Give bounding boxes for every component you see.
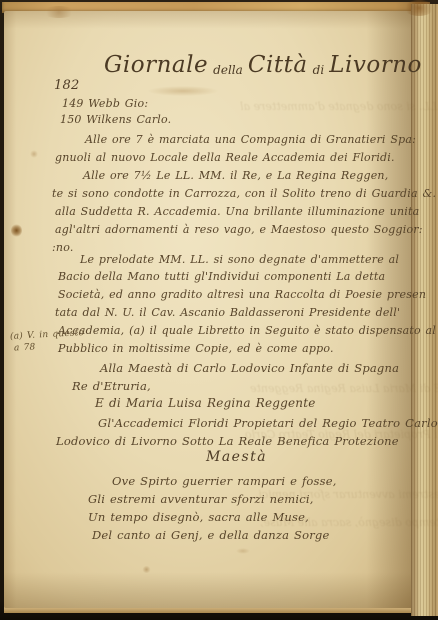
manuscript-photo: Le prelodate MM. LL. si sono degnate d'a… — [0, 0, 438, 620]
title-word: Livorno — [329, 52, 422, 78]
section-heading-maesta: Maestà — [206, 449, 267, 465]
manuscript-line: tata dal N. U. il Cav. Ascanio Baldasser… — [55, 306, 400, 319]
register-entry: 149 Webb Gio: — [62, 97, 148, 110]
dedication-line: Gl'Accademici Floridi Propietari del Reg… — [98, 416, 438, 430]
title-word: di — [313, 63, 325, 77]
manuscript-line: Accademia, (a) il quale Libretto in Segu… — [58, 324, 436, 337]
manuscript-line: Società, ed anno gradito altresì una Rac… — [58, 288, 426, 301]
manuscript-line: Bacio della Mano tutti gl'Individui comp… — [58, 270, 385, 283]
register-entry: 150 Wilkens Carlo. — [60, 113, 171, 126]
poem-line: Ove Spirto guerrier rampari e fosse, — [112, 474, 337, 488]
poem-line: Del canto ai Genj, e della danza Sorge — [92, 528, 330, 542]
manuscript-line: :no. — [52, 241, 74, 254]
manuscript-line: Alle ore 7 è marciata una Compagnia di G… — [85, 133, 416, 146]
title-word: della — [213, 63, 243, 77]
manuscript-line: alla Suddetta R. Accademia. Una brillant… — [55, 205, 419, 218]
page-title: Giornale della Città di Livorno — [104, 52, 422, 78]
dedication-line: E di Maria Luisa Regina Reggente — [95, 396, 316, 410]
manuscript-line: te si sono condotte in Carrozza, con il … — [52, 187, 436, 200]
dedication-line: Re d'Etruria, — [72, 379, 151, 393]
poem-line: Gli estremi avventurar sforzi nemici, — [88, 492, 314, 506]
poem-line: Un tempo disegnò, sacra alle Muse, — [88, 510, 309, 524]
dedication-line: Alla Maestà di Carlo Lodovico Infante di… — [100, 361, 399, 375]
margin-note-line: a 78 — [14, 342, 36, 353]
dedication-line: Lodovico di Livorno Sotto La Reale Benef… — [56, 434, 399, 448]
manuscript-line: Le prelodate MM. LL. si sono degnate d'a… — [80, 253, 399, 266]
folio-number: 182 — [54, 78, 79, 93]
title-word: Città — [248, 52, 308, 78]
manuscript-line: gnuoli al nuovo Locale della Reale Accad… — [55, 151, 395, 164]
manuscript-line: agl'altri adornamenti à reso vago, e Mae… — [55, 223, 423, 236]
manuscript-line: Pubblico in moltissime Copie, ed è come … — [58, 342, 334, 355]
book-fore-edge — [411, 4, 438, 616]
manuscript-line: Alle ore 7½ Le LL. MM. il Re, e La Regin… — [83, 169, 388, 182]
title-word: Giornale — [104, 52, 208, 78]
